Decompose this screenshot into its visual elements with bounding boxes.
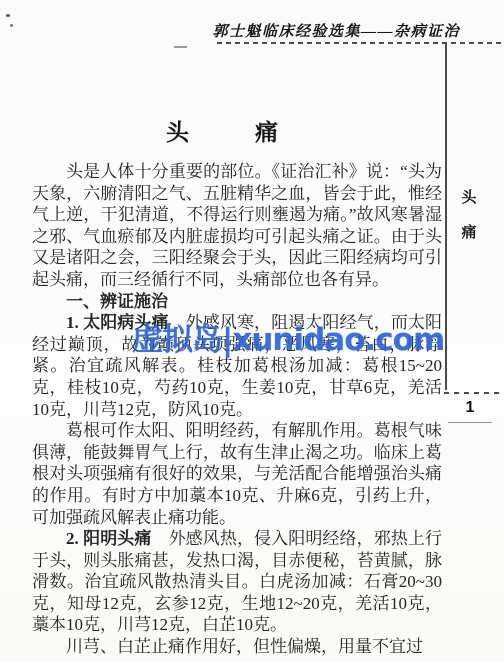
chapter-title-char: 头	[166, 114, 189, 147]
running-head-book-title: 郭士魁临床经验选集——杂病证治	[212, 20, 460, 41]
intro-paragraph: 头是人体十分重要的部位。《证治汇补》说：“头为天象，六腑清阳之气、五脏精华之血，…	[32, 161, 442, 291]
xunidao-watermark: 虚拟岛|xunidao.com	[132, 314, 444, 359]
margin-tab-char: 痛	[461, 221, 476, 242]
scan-artifact-dash	[174, 46, 187, 48]
chuanxiong-note-paragraph: 川芎、白芷止痛作用好，但性偏燥，用量不宜过	[32, 636, 442, 658]
gegen-note-paragraph: 葛根可作太阳、阳明经药，有解肌作用。葛根气味俱薄，能鼓舞胃气上行，故有生津止渴之…	[32, 420, 442, 528]
chapter-title: 头 痛	[0, 114, 444, 147]
page-number-rule	[448, 422, 492, 423]
margin-chapter-tab: 头 痛	[458, 186, 480, 242]
body-text-block: 头是人体十分重要的部位。《证治汇补》说：“头为天象，六腑清阳之气、五脏精华之血，…	[32, 161, 442, 658]
scanned-book-page: 郭士魁临床经验选集——杂病证治 头 痛 1 头 痛 头是人体十分重要的部位。《证…	[0, 0, 504, 662]
yangming-headache-label: 2. 阳明头痛	[66, 529, 151, 548]
chapter-title-char: 痛	[255, 114, 278, 147]
yangming-headache-paragraph: 2. 阳明头痛 外感风热，侵入阳明经络，邪热上行于头，则头胀痛甚，发热口渴，目赤…	[32, 528, 442, 636]
header-dashed-divider	[217, 42, 504, 44]
scan-artifact-speck	[6, 14, 10, 17]
scan-artifact-speck	[10, 24, 13, 27]
margin-vertical-rule	[445, 43, 447, 390]
page-number: 1	[450, 399, 490, 417]
margin-dashed-rule	[444, 392, 504, 394]
section-heading: 一、辨证施治	[32, 291, 442, 313]
margin-tab-char: 头	[461, 186, 476, 207]
